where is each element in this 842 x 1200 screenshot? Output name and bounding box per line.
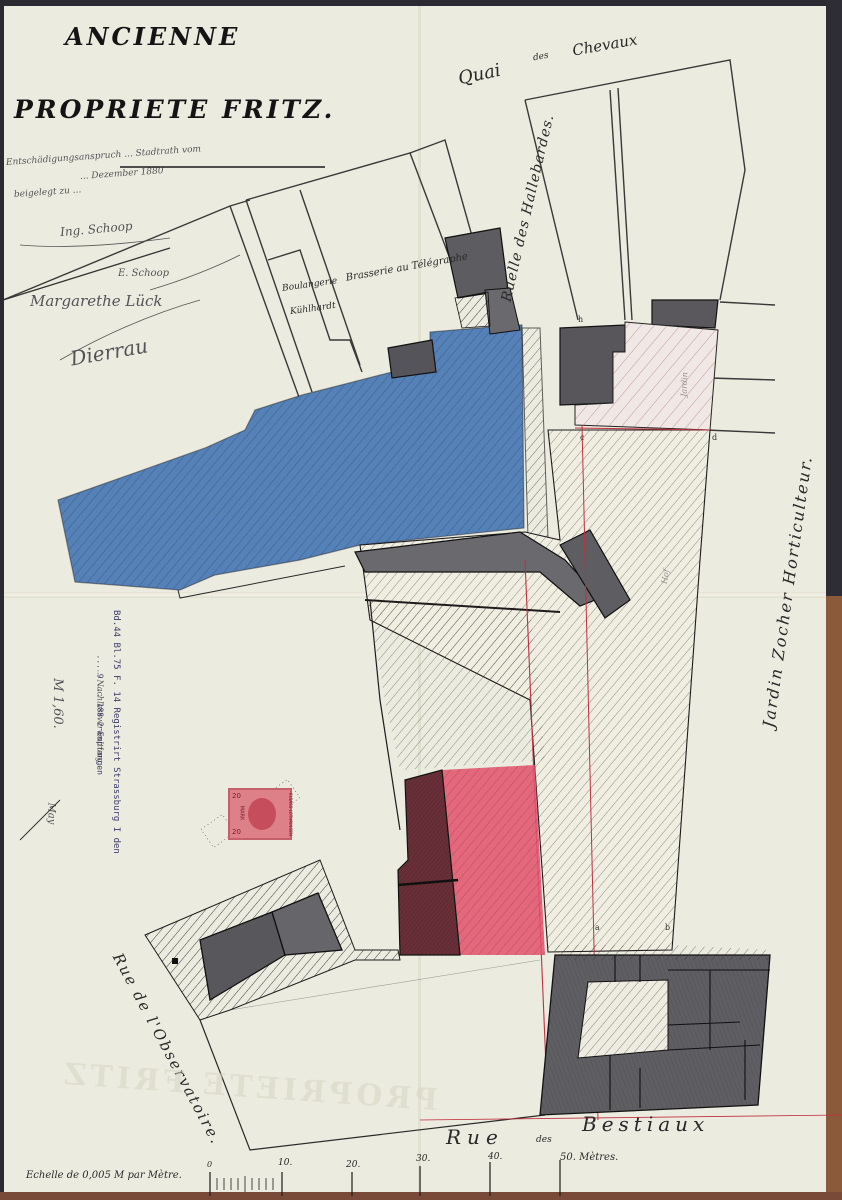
street-rue-bestiaux-word2: des [536, 1135, 552, 1145]
svg-text:b: b [665, 923, 670, 932]
tax-stamp-value-top: 20 [232, 792, 241, 800]
street-rue-bestiaux-word1: Rue [446, 1125, 504, 1149]
cadastral-drawing: h d c a b [0, 0, 842, 1200]
svg-text:d: d [712, 433, 717, 442]
scale-bar [210, 1160, 560, 1196]
title-line-1: ANCIENNE [65, 22, 240, 51]
scale-label: Echelle de 0,005 M par Mètre. [26, 1170, 182, 1181]
svg-text:a: a [595, 923, 600, 932]
signature-margarethe-luck: Margarethe Lück [30, 292, 163, 310]
grey-building [388, 340, 436, 378]
scale-tick-30: 30. [416, 1154, 430, 1164]
scale-tick-50: 50. Mètres. [560, 1152, 618, 1163]
registration-fee: M 1,60. [50, 678, 65, 729]
scale-tick-40: 40. [488, 1152, 502, 1162]
registration-stamp-line-1: Bd.44 Bl.75 F. 14 Registrirt Strassburg … [111, 610, 121, 870]
registration-handwritten-1: ... Nachlassverwaltung ... [96, 670, 105, 830]
svg-text:c: c [580, 433, 585, 442]
svg-text:h: h [578, 315, 583, 324]
tax-stamp: 20 20 MARK ELSASS-LOTHRINGEN [228, 788, 292, 840]
registration-initials: May [45, 803, 56, 825]
scale-tick-20: 20. [346, 1160, 360, 1170]
label-courtyard-right: Jardin [679, 372, 689, 397]
eagle-emblem-icon [248, 798, 276, 830]
scanned-map-sheet: h d c a b ANCIENNE PROPRIETE FRITZ. Ents… [0, 0, 842, 1200]
grey-building [652, 300, 718, 328]
signature-e-schoop: E. Schoop [118, 268, 169, 279]
tax-stamp-value-bottom: 20 [232, 828, 241, 836]
street-rue-bestiaux-word3: Bestiaux [582, 1112, 709, 1136]
tax-stamp-label: ELSASS-LOTHRINGEN [288, 793, 293, 836]
scale-tick-10: 10. [278, 1158, 292, 1168]
title-line-2: PROPRIETE FRITZ. [14, 95, 335, 124]
tax-stamp-currency: MARK [238, 806, 244, 821]
scale-tick-0: 0 [207, 1160, 212, 1169]
